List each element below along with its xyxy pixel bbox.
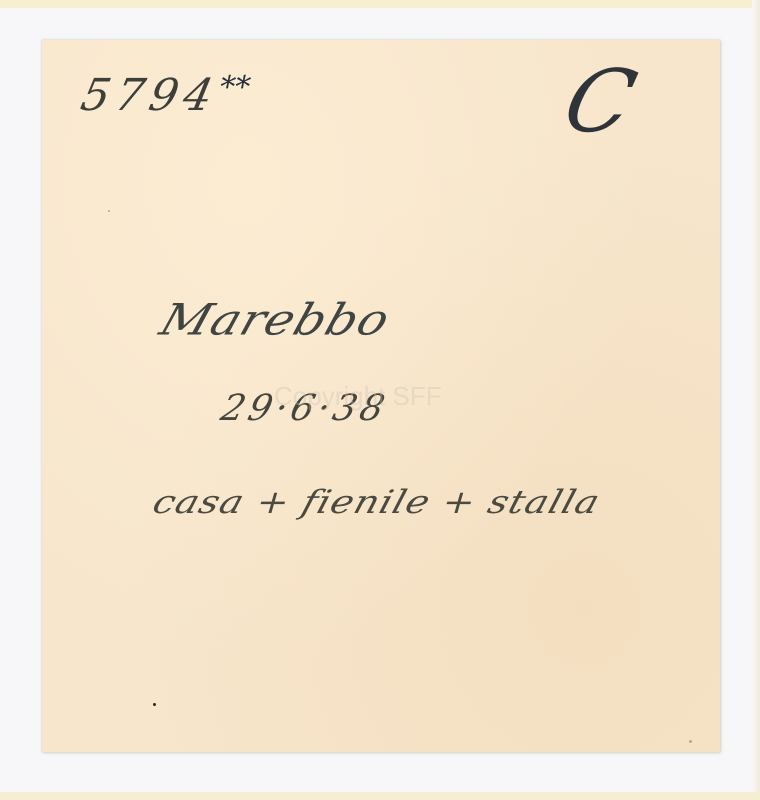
description: casa + fienile + stalla bbox=[149, 483, 605, 520]
paper-speck bbox=[108, 210, 110, 212]
paper-speck bbox=[689, 740, 692, 743]
mount-right-edge bbox=[752, 0, 760, 800]
mount-bottom-edge bbox=[0, 792, 760, 800]
place-name: Marebbo bbox=[154, 295, 397, 345]
catalog-marks: ** bbox=[216, 70, 253, 105]
series-letter: C bbox=[555, 52, 646, 152]
mount-top-edge bbox=[0, 0, 760, 8]
catalog-number: 5794** bbox=[77, 70, 254, 121]
catalog-number-value: 5794 bbox=[77, 70, 224, 121]
ink-speck bbox=[153, 703, 156, 706]
copyright-watermark: Copyright SFF bbox=[274, 381, 442, 412]
archival-index-card: 5794** C Marebbo 29·6·38 casa + fienile … bbox=[42, 40, 720, 752]
scanned-mount: 5794** C Marebbo 29·6·38 casa + fienile … bbox=[0, 0, 760, 800]
